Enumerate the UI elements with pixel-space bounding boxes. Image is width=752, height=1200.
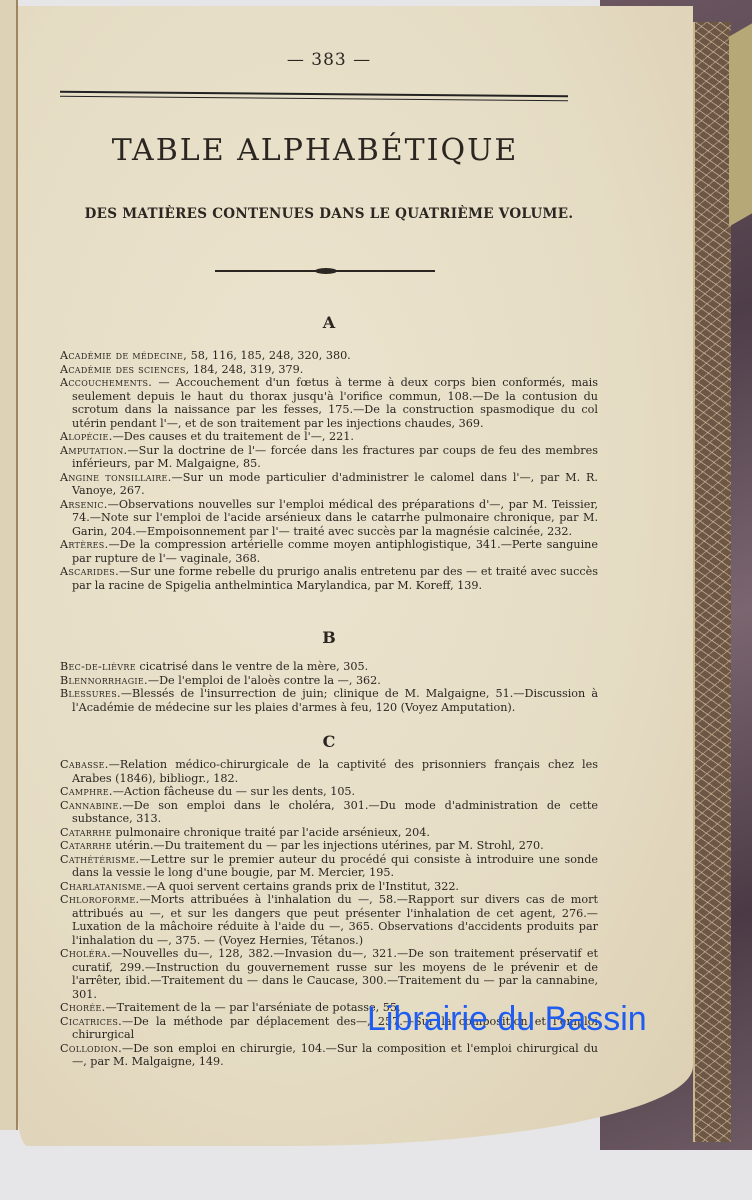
index-entry: Blennorrhagie.—De l'emploi de l'aloès co… bbox=[60, 674, 598, 688]
endpaper-corner bbox=[729, 23, 752, 226]
index-entry: Collodion.—De son emploi en chirurgie, 1… bbox=[60, 1042, 598, 1069]
marbled-spine-edge bbox=[693, 22, 731, 1142]
section-letter-b: B bbox=[60, 628, 598, 647]
index-entry: Accouchements. — Accouchement d'un fœtus… bbox=[60, 376, 598, 430]
index-entry: Alopécie.—Des causes et du traitement de… bbox=[60, 430, 598, 444]
index-entry: Camphre.—Action fâcheuse du — sur les de… bbox=[60, 785, 598, 799]
ornament-divider bbox=[215, 268, 435, 274]
index-entry: Catarrhe pulmonaire chronique traité par… bbox=[60, 826, 598, 840]
watermark-text: Librairie du Bassin bbox=[367, 1000, 647, 1039]
index-entry: Académie de médecine, 58, 116, 185, 248,… bbox=[60, 349, 598, 363]
section-b-entries: Bec-de-lièvre cicatrisé dans le ventre d… bbox=[60, 660, 598, 714]
previous-page-edge bbox=[0, 0, 18, 1130]
index-entry: Amputation.—Sur la doctrine de l'— forcé… bbox=[60, 444, 598, 471]
section-letter-c: C bbox=[60, 732, 598, 751]
index-entry: Bec-de-lièvre cicatrisé dans le ventre d… bbox=[60, 660, 598, 674]
header-rule bbox=[60, 91, 568, 101]
index-entry: Catarrhe utérin.—Du traitement du — par … bbox=[60, 839, 598, 853]
section-a-entries: Académie de médecine, 58, 116, 185, 248,… bbox=[60, 349, 598, 592]
book-page: — 383 — TABLE ALPHABÉTIQUE DES MATIÈRES … bbox=[18, 6, 693, 1146]
index-entry: Académie des sciences, 184, 248, 319, 37… bbox=[60, 363, 598, 377]
index-entry: Ascarides.—Sur une forme rebelle du prur… bbox=[60, 565, 598, 592]
index-entry: Artères.—De la compression artérielle co… bbox=[60, 538, 598, 565]
page-number: — 383 — bbox=[60, 50, 598, 70]
index-entry: Arsenic.—Observations nouvelles sur l'em… bbox=[60, 498, 598, 539]
index-entry: Cannabine.—De son emploi dans le choléra… bbox=[60, 799, 598, 826]
index-entry: Choléra.—Nouvelles du—, 128, 382.—Invasi… bbox=[60, 947, 598, 1001]
index-entry: Cathétérisme.—Lettre sur le premier aute… bbox=[60, 853, 598, 880]
index-entry: Charlatanisme.—A quoi servent certains g… bbox=[60, 880, 598, 894]
section-letter-a: A bbox=[60, 313, 598, 332]
index-entry: Chloroforme.—Morts attribuées à l'inhala… bbox=[60, 893, 598, 947]
index-entry: Angine tonsillaire.—Sur un mode particul… bbox=[60, 471, 598, 498]
page-title: TABLE ALPHABÉTIQUE bbox=[60, 133, 570, 168]
page-subtitle: DES MATIÈRES CONTENUES DANS LE QUATRIÈME… bbox=[60, 206, 598, 222]
index-entry: Blessures.—Blessés de l'insurrection de … bbox=[60, 687, 598, 714]
index-entry: Cabasse.—Relation médico-chirurgicale de… bbox=[60, 758, 598, 785]
